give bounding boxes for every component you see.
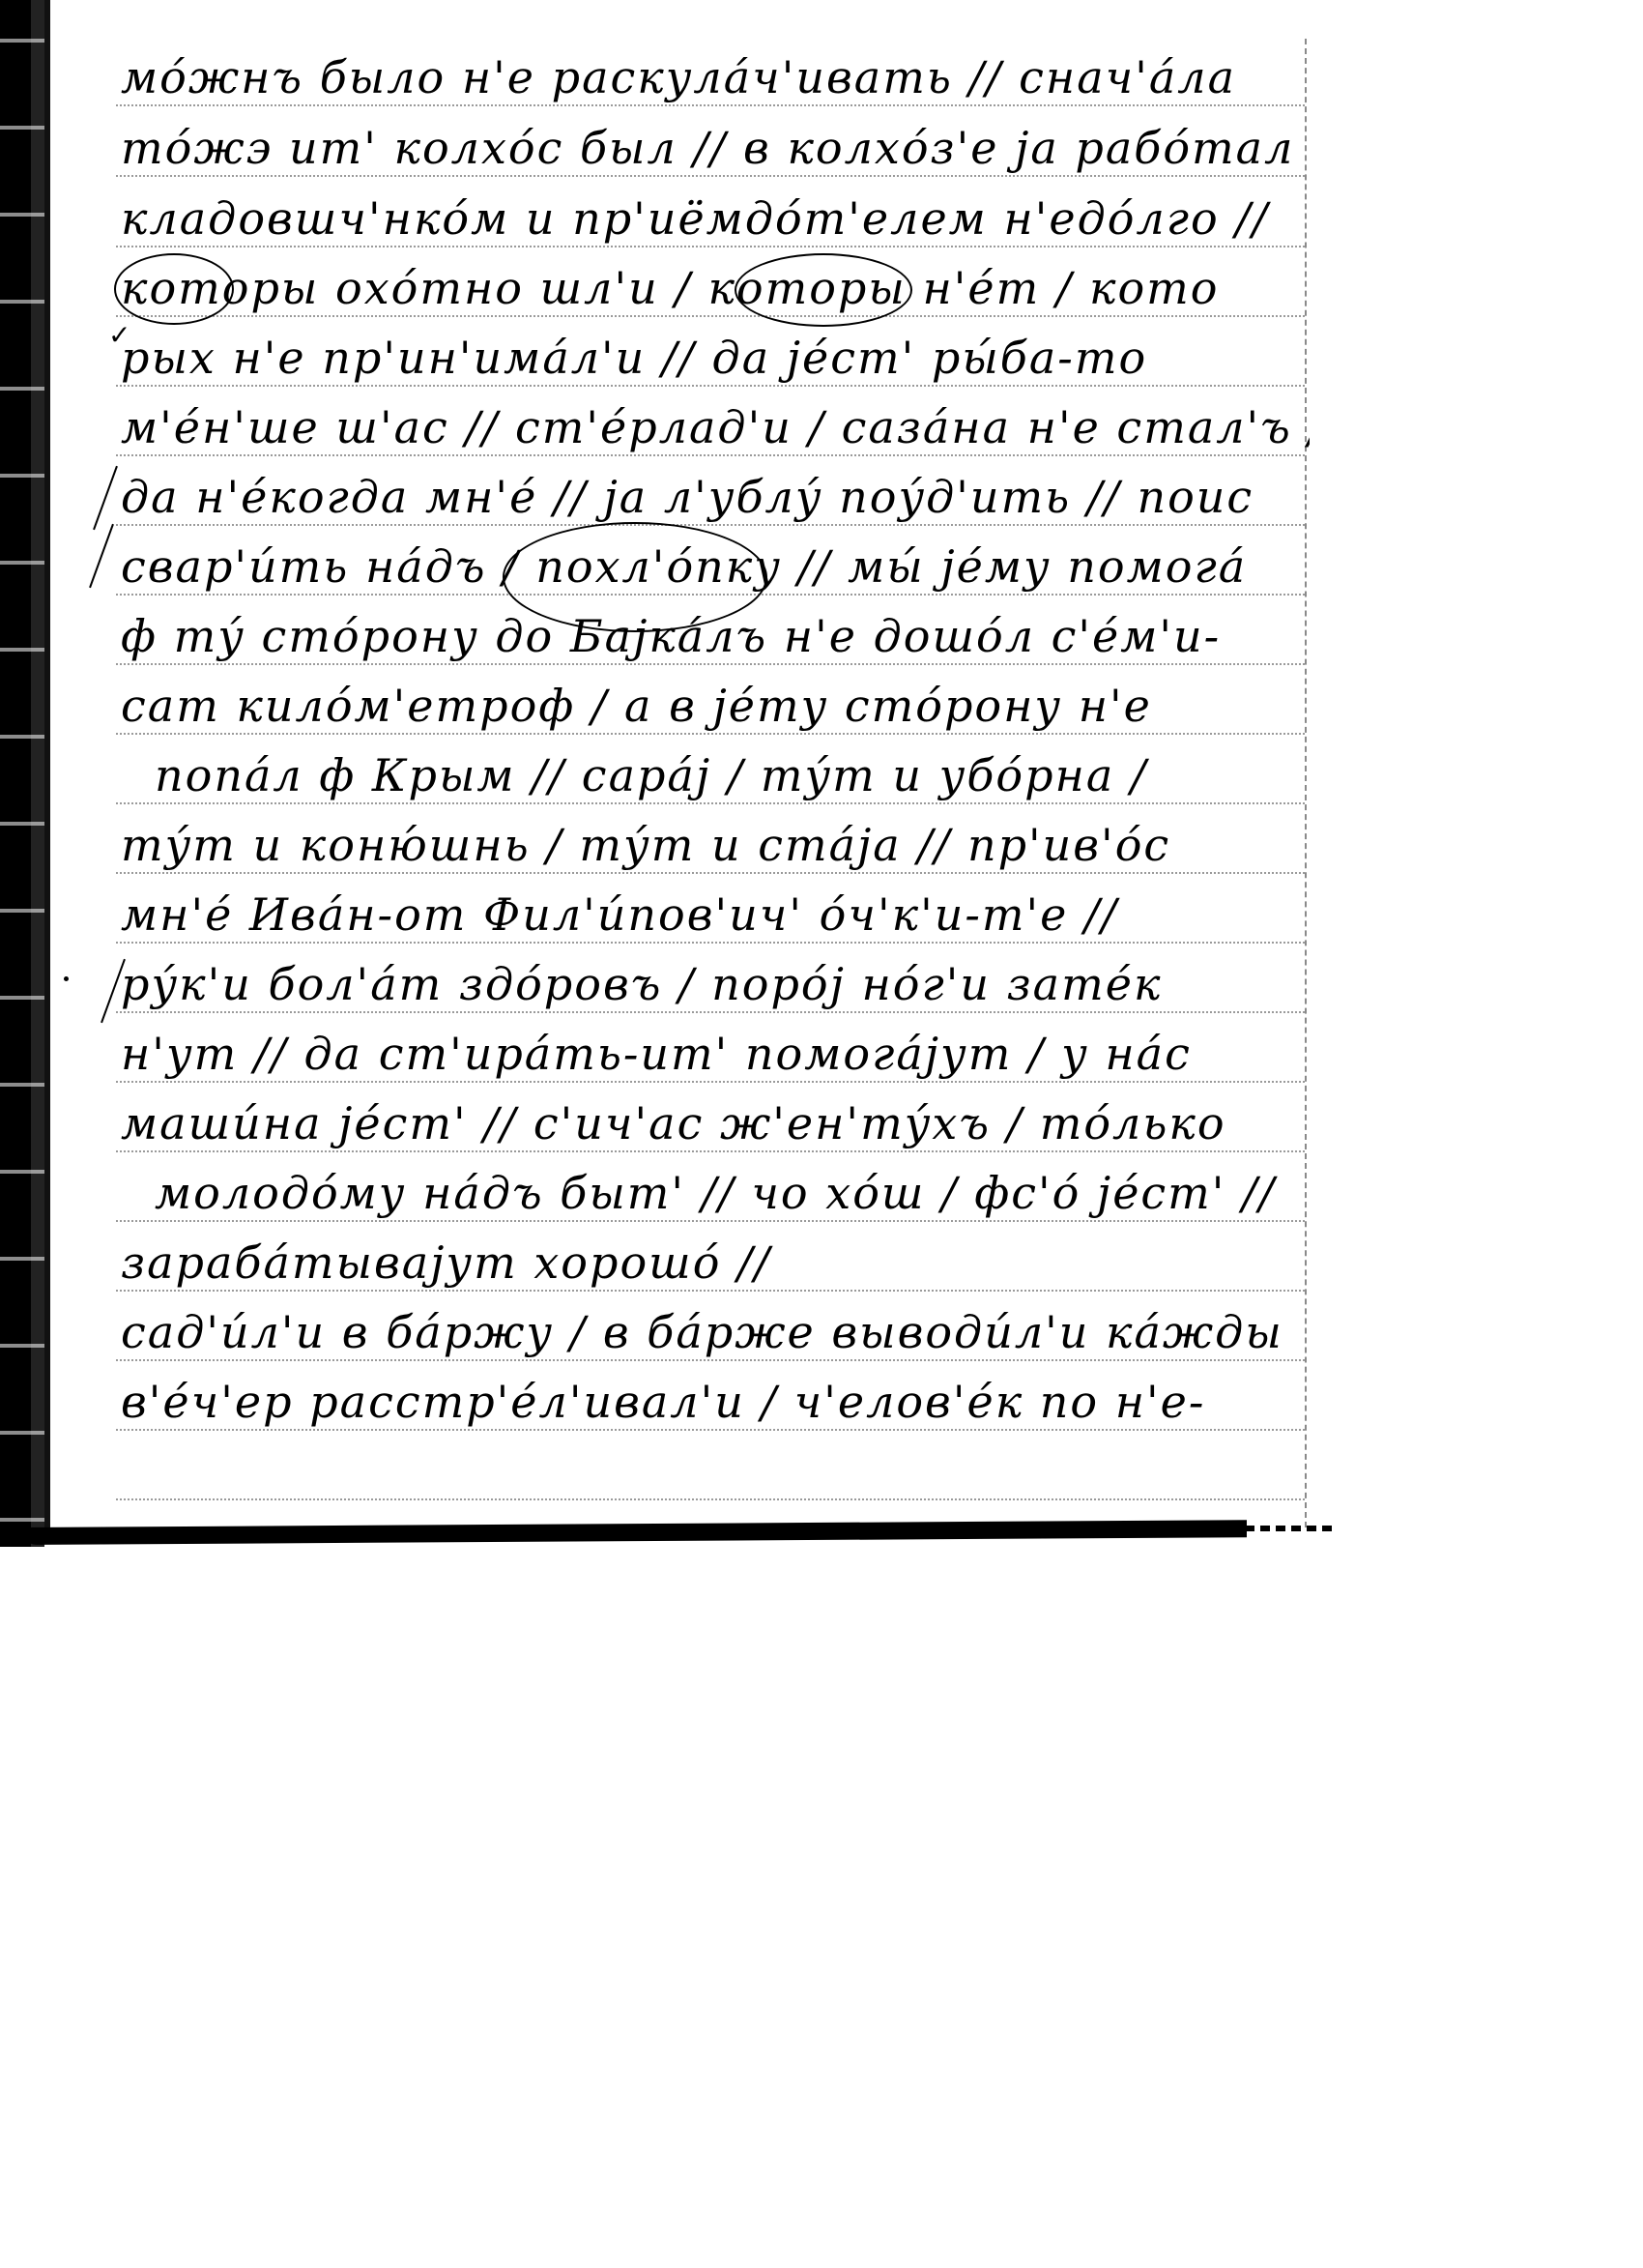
checkmark-icon: ✓ bbox=[108, 319, 130, 351]
ruled-line bbox=[116, 1498, 1305, 1500]
circled-word-annotation bbox=[503, 522, 767, 632]
handwritten-line-20: в'е́ч'ер расстр'е́л'ивал'и / ч'елов'е́к … bbox=[121, 1373, 1310, 1431]
handwritten-line-1: мо́жнъ было н'е раскула́ч'ивать // снач'… bbox=[121, 48, 1310, 106]
handwritten-line-14: ру́к'и бол'а́т здо́ровъ / поро́ј но́г'и … bbox=[121, 955, 1310, 1013]
handwritten-line-6: м'е́н'ше ш'ас // ст'е́рлад'и / саза́на н… bbox=[121, 398, 1310, 456]
margin-slash-mark bbox=[89, 524, 114, 588]
handwritten-line-5: рых н'е пр'ин'има́л'и // да је́ст' ры́ба… bbox=[121, 329, 1310, 387]
margin-dot-mark bbox=[64, 976, 69, 981]
handwritten-line-2: то́жэ ит' колхо́с был // в колхо́з'е ја … bbox=[121, 119, 1310, 177]
handwritten-line-19: сад'и́л'и в ба́ржу / в ба́рже выводи́л'и… bbox=[121, 1303, 1310, 1361]
handwritten-line-10: сат кило́м'етроф / а в је́ту сто́рону н'… bbox=[121, 677, 1310, 735]
scan-left-edge-border bbox=[0, 0, 44, 1547]
handwritten-line-7: да н'е́когда мн'е́ // ја л'ублу́ поу́д'и… bbox=[121, 468, 1310, 526]
scanned-page: мо́жнъ было н'е раскула́ч'ивать // снач'… bbox=[0, 0, 1643, 2268]
circled-word-annotation bbox=[735, 253, 912, 327]
scan-bottom-edge-border bbox=[19, 1520, 1247, 1545]
handwritten-line-17: молодо́му на́дъ быт' // чо хо́ш / фс'о́ … bbox=[155, 1164, 1343, 1222]
handwritten-line-12: ту́т и коню́шнь / ту́т и ста́ја // пр'ив… bbox=[121, 816, 1310, 874]
margin-slash-mark bbox=[93, 466, 118, 530]
handwritten-line-15: н'ут // да ст'ира́ть-ит' помога́јут / у … bbox=[121, 1025, 1310, 1083]
handwritten-line-18: зараба́тывајут хорошо́ // bbox=[121, 1234, 1310, 1292]
handwritten-line-4: которы охо́тно шл'и / которы н'е́т / кот… bbox=[121, 259, 1310, 317]
handwritten-line-13: мн'е́ Ива́н-от Фил'и́пов'ич' о́ч'к'и-т'е… bbox=[121, 886, 1310, 944]
handwritten-line-3: кладовшч'нко́м и пр'иёмдо́т'елем н'едо́л… bbox=[121, 189, 1310, 247]
handwritten-line-11: попа́л ф Крым // сара́ј / ту́т и убо́рна… bbox=[155, 746, 1343, 804]
circled-word-annotation bbox=[114, 253, 234, 325]
scan-left-edge-shadow bbox=[44, 0, 50, 1537]
scan-bottom-edge-fade bbox=[1198, 1526, 1334, 1531]
handwritten-line-16: маши́на је́ст' // с'ич'ас ж'ен'ту́хъ / т… bbox=[121, 1094, 1310, 1152]
